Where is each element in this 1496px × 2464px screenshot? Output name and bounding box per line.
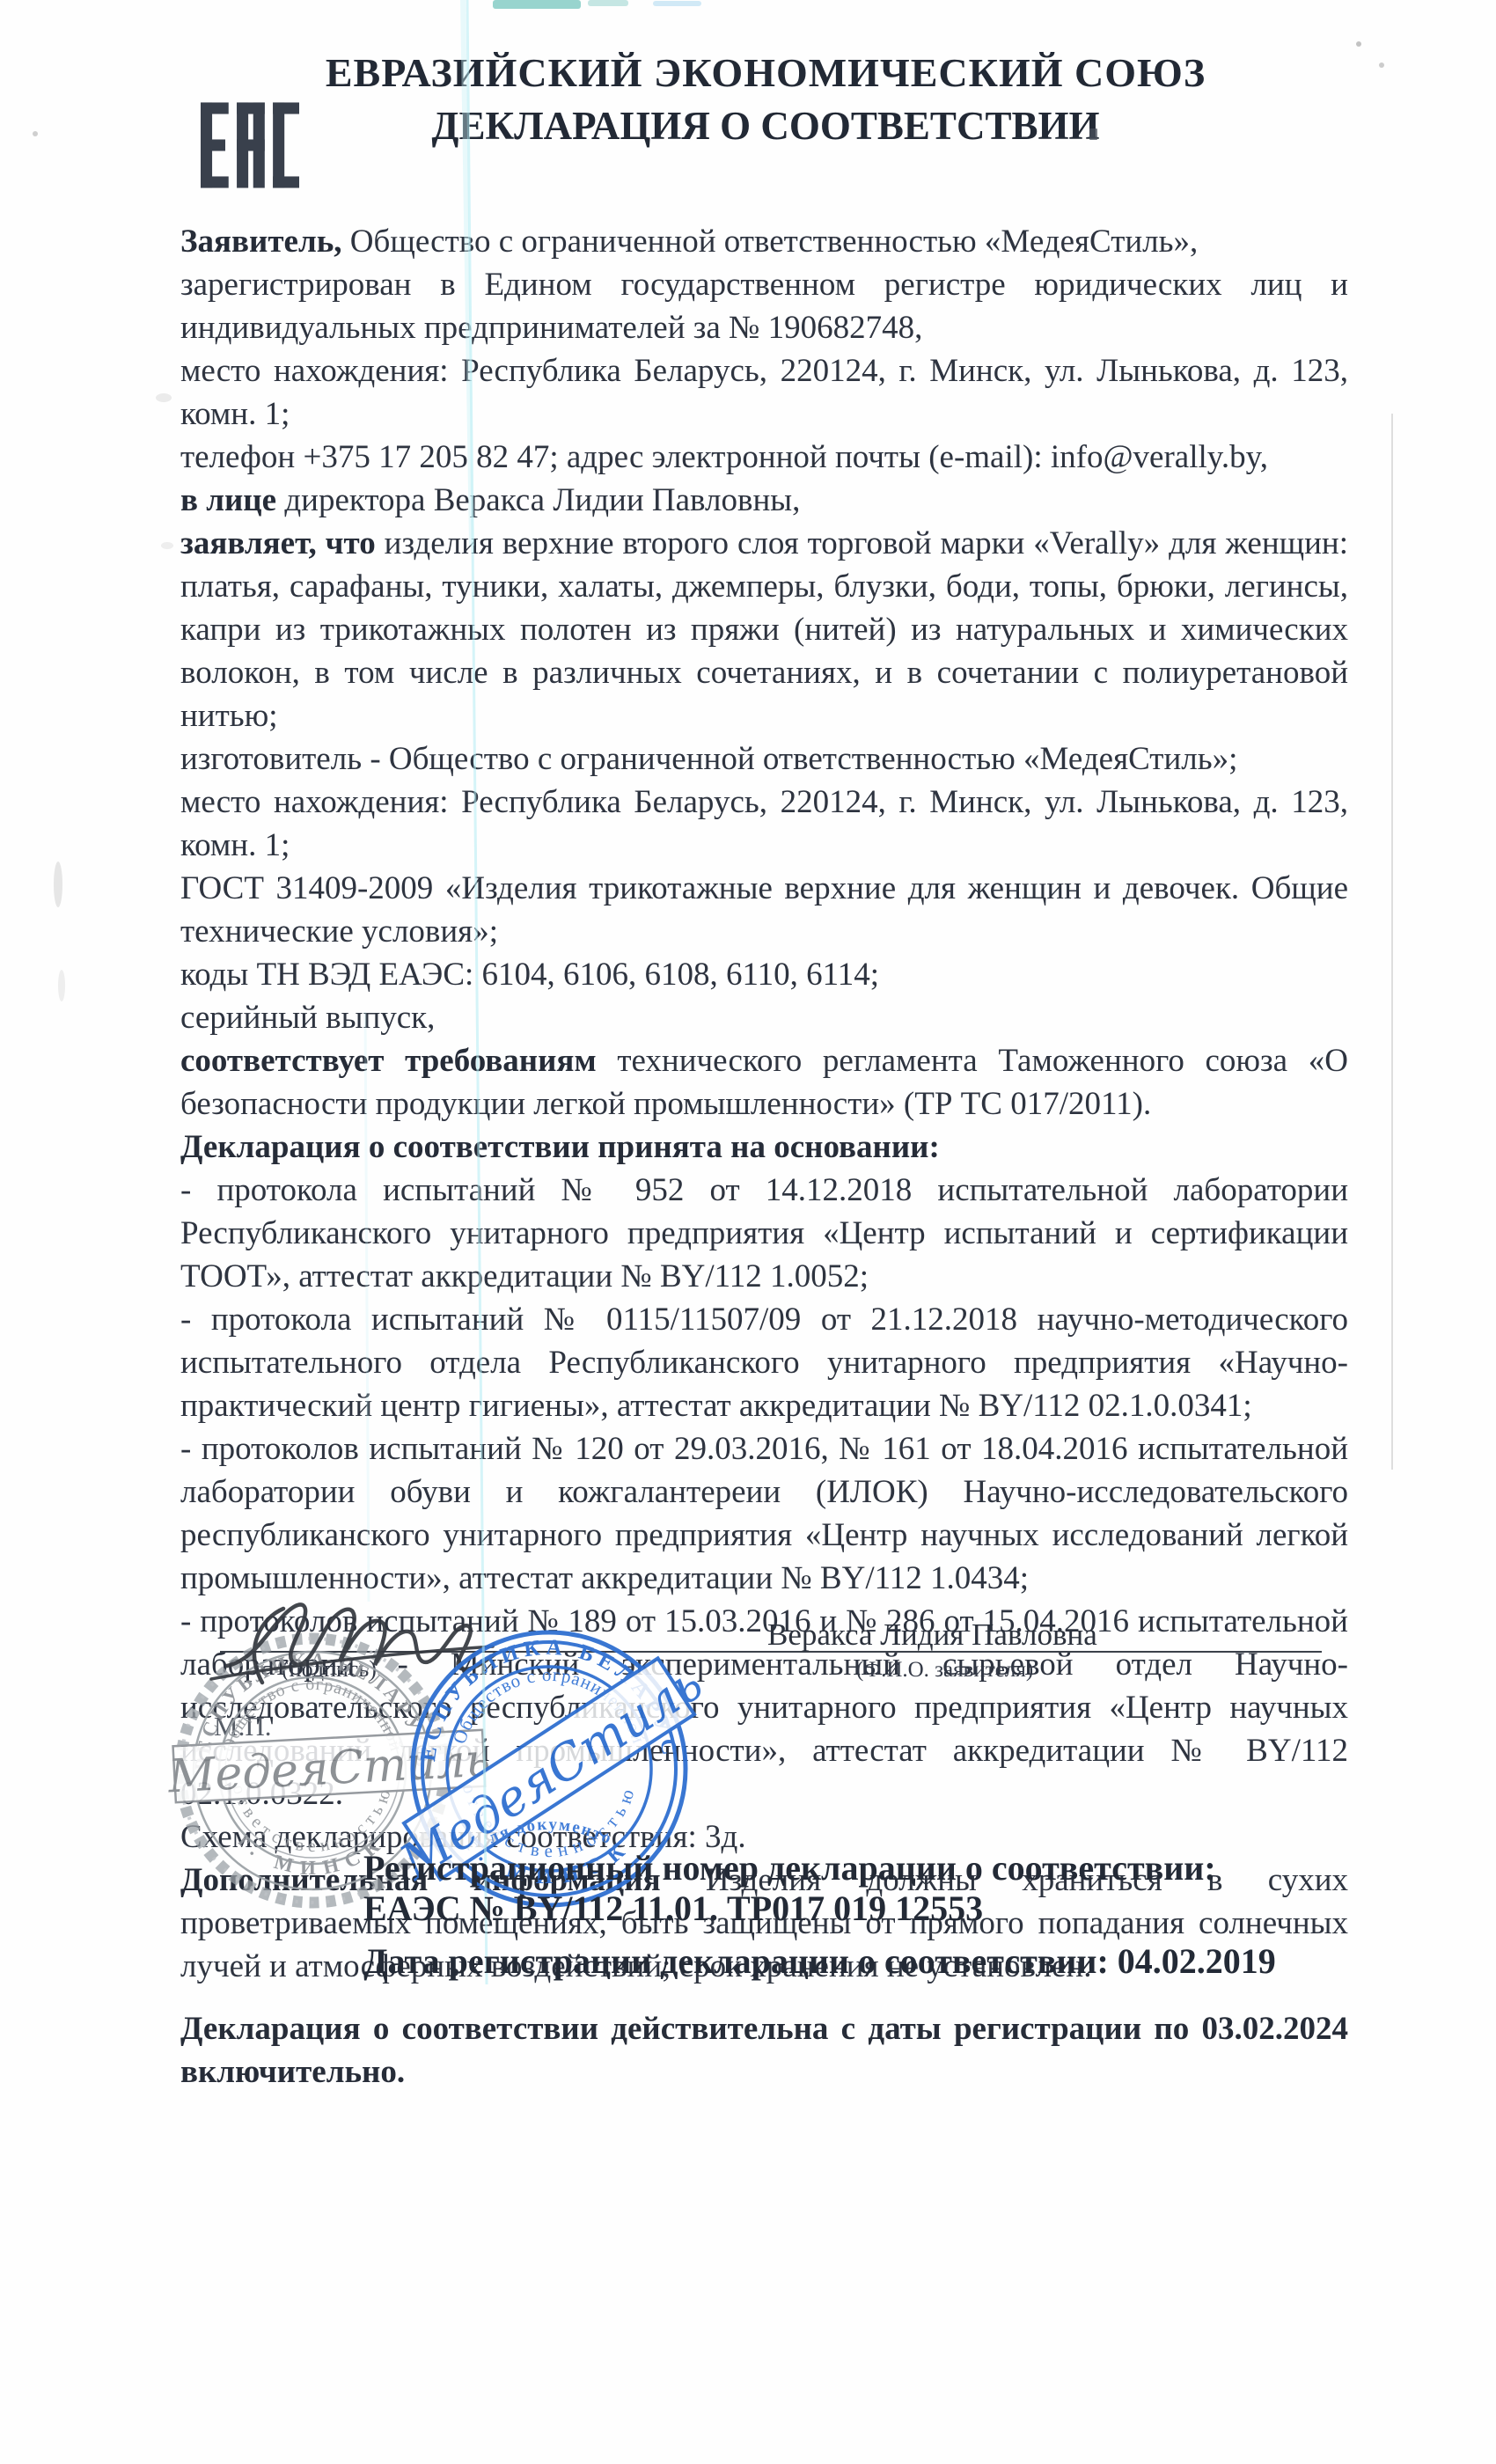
svg-text:РЕСПУБЛИКА БЕЛАРУСЬ: РЕСПУБЛИКА БЕЛАРУСЬ: [0, 0, 682, 1763]
registration-block: Регистрационный номер декларации о соотв…: [363, 1848, 1276, 1982]
stamps-layer: РЕСПУБЛИКА БЕЛАРУСЬ г. МИНСК Общество с …: [0, 0, 1496, 2464]
company-stamp-blue: РЕСПУБЛИКА БЕЛАРУСЬ г. МИНСК Общество с …: [0, 0, 713, 1905]
stamp-blue-arc-top: РЕСПУБЛИКА БЕЛАРУСЬ: [0, 0, 682, 1763]
document-page: ЕВРАЗИЙСКИЙ ЭКОНОМИЧЕСКИЙ СОЮЗ ДЕКЛАРАЦИ…: [0, 0, 1496, 2464]
registration-number-value: ЕАЭС № BY/112 11.01. ТР017 019 12553: [363, 1888, 1276, 1929]
registration-number-label: Регистрационный номер декларации о соотв…: [363, 1848, 1276, 1888]
registration-date: Дата регистрации декларации о соответств…: [363, 1941, 1276, 1982]
stamp-blue-doc-line: Для документов: [0, 0, 615, 1849]
svg-text:Для документов: Для документов: [0, 0, 615, 1849]
